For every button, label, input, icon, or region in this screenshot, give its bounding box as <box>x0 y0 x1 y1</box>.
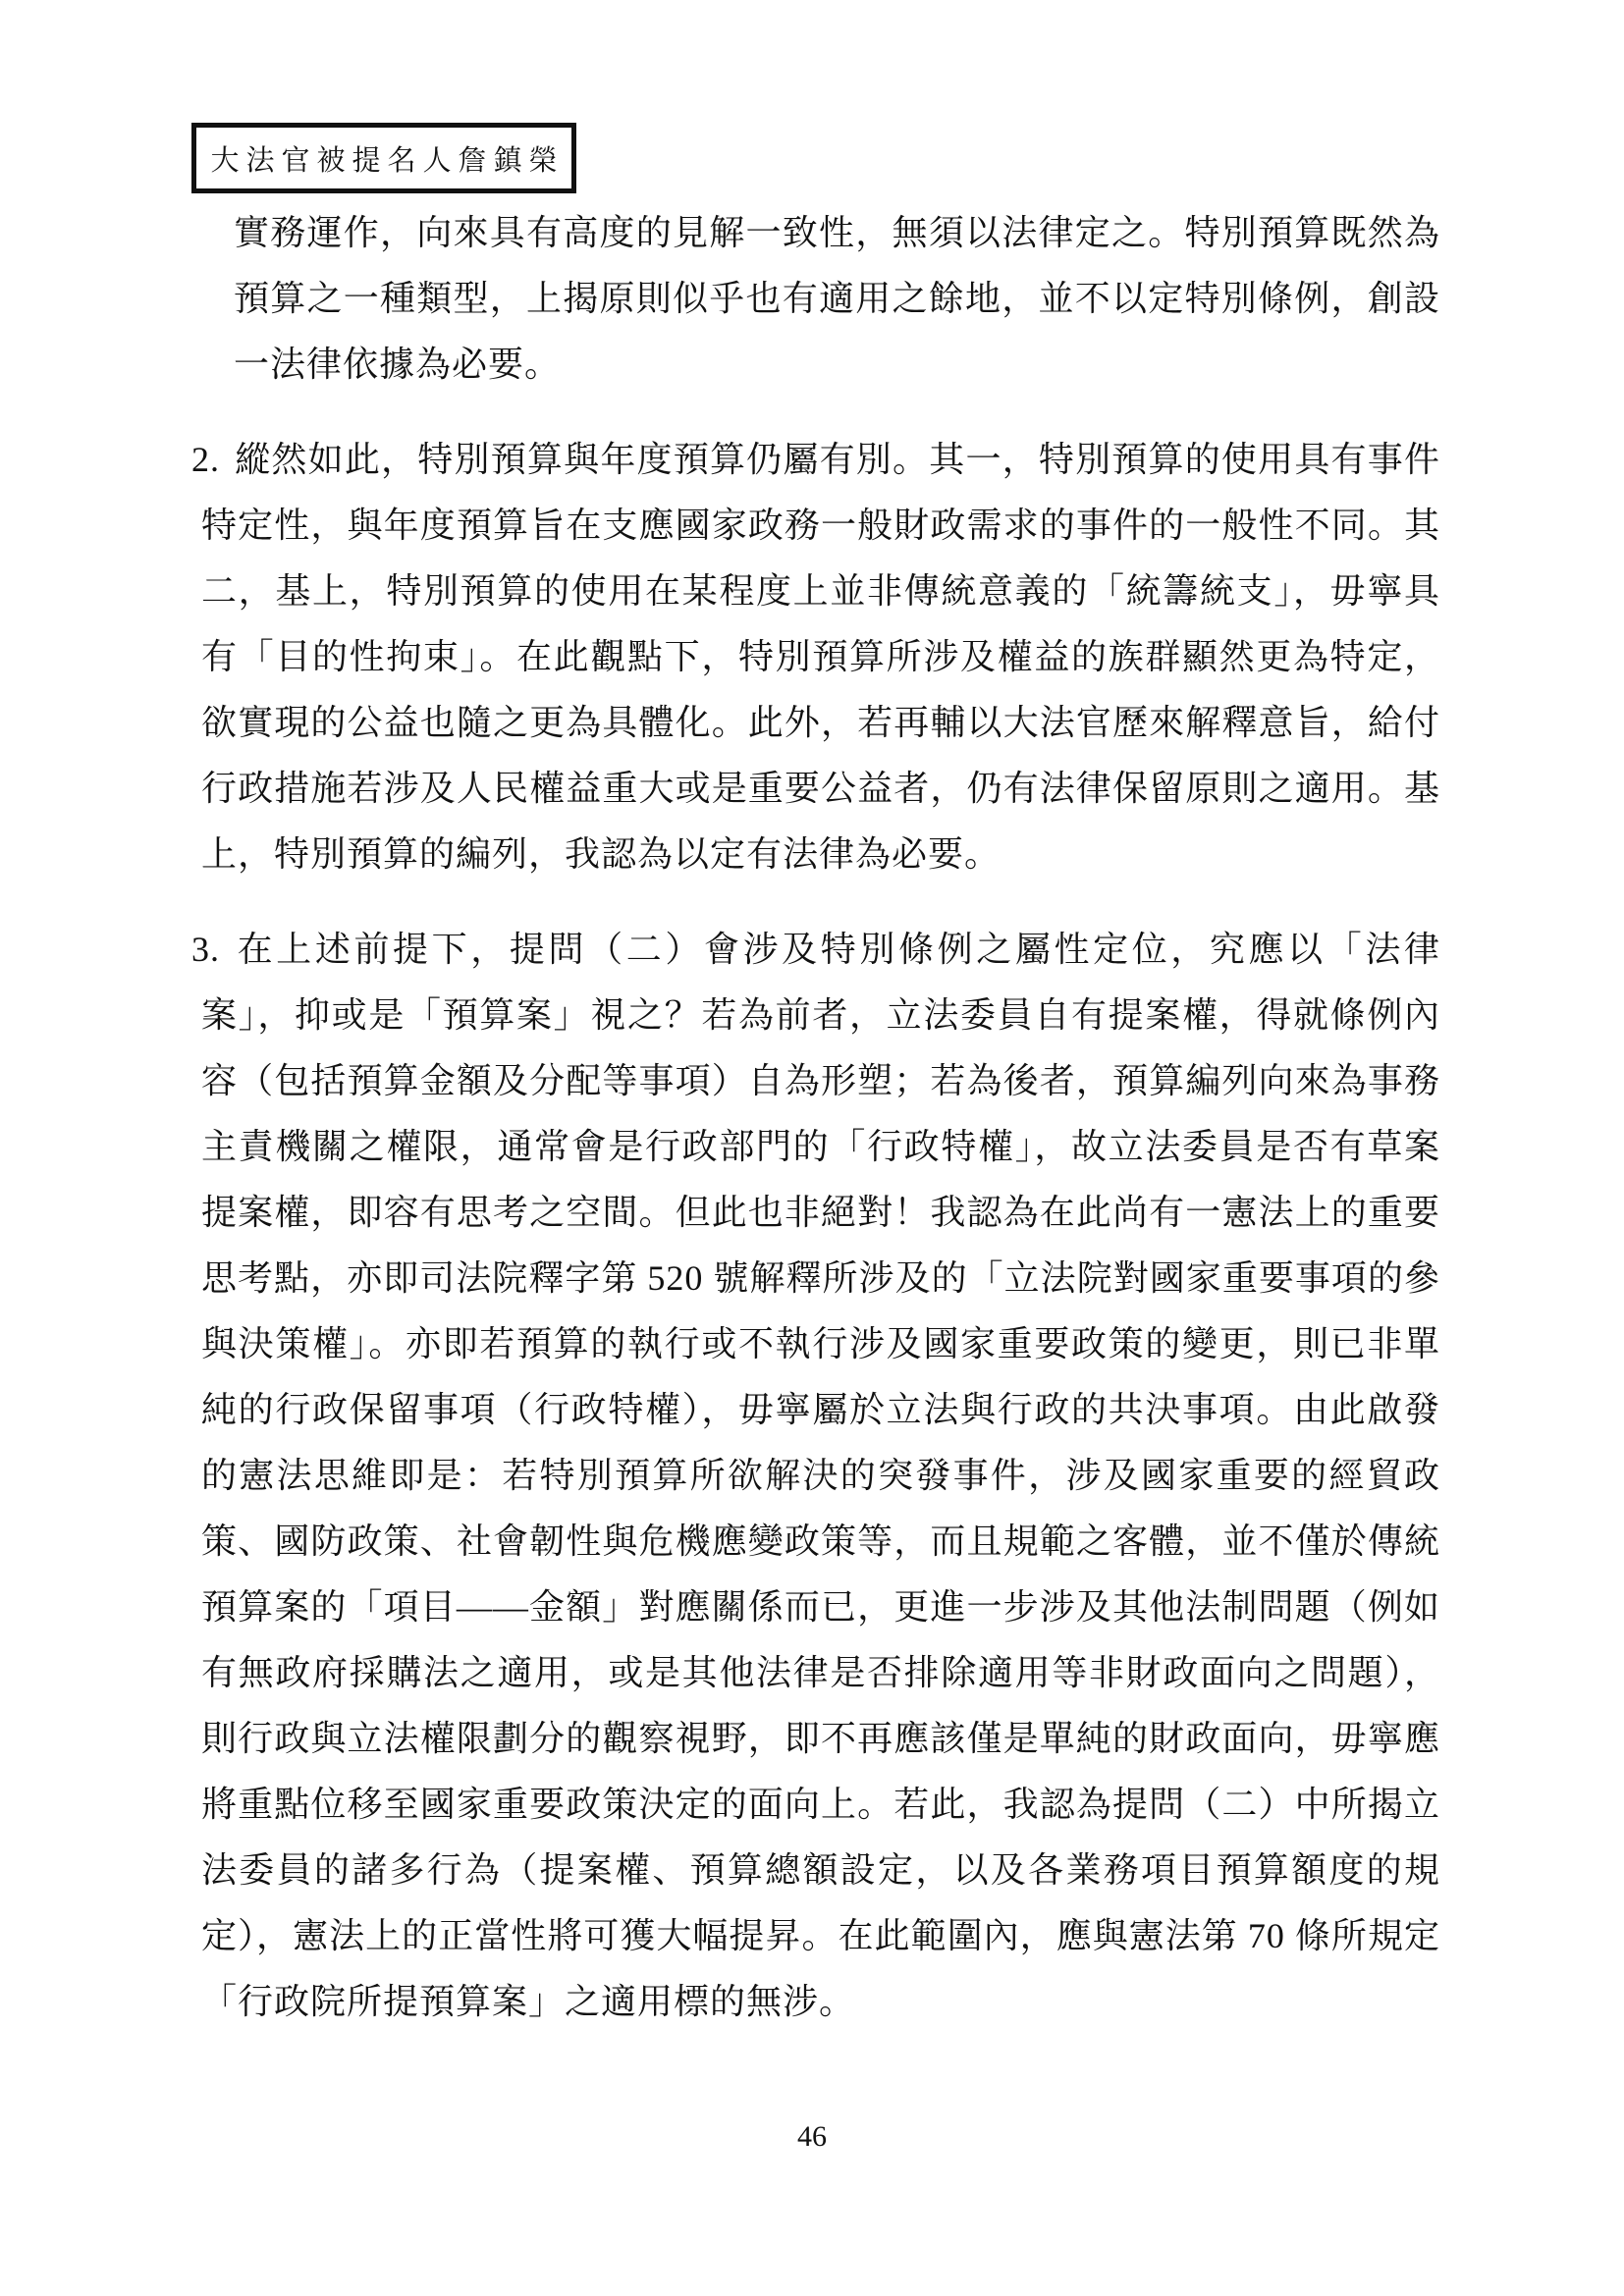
paragraph-text: 縱然如此，特別預算與年度預算仍屬有別。其一，特別預算的使用具有事件特定性，與年度… <box>201 440 1440 874</box>
paragraph-continuation: 實務運作，向來具有高度的見解一致性，無須以法律定之。特別預算既然為預算之一種類型… <box>234 200 1440 398</box>
document-page: 大法官被提名人詹鎮榮 實務運作，向來具有高度的見解一致性，無須以法律定之。特別預… <box>0 0 1624 2296</box>
document-body: 實務運作，向來具有高度的見解一致性，無須以法律定之。特別預算既然為預算之一種類型… <box>201 200 1440 2064</box>
paragraph-item-2: 2.縱然如此，特別預算與年度預算仍屬有別。其一，特別預算的使用具有事件特定性，與… <box>201 427 1440 887</box>
list-number: 2. <box>191 440 220 479</box>
header-box: 大法官被提名人詹鎮榮 <box>191 123 576 193</box>
list-number: 3. <box>191 930 220 969</box>
page-number: 46 <box>0 2120 1624 2154</box>
paragraph-text: 實務運作，向來具有高度的見解一致性，無須以法律定之。特別預算既然為預算之一種類型… <box>234 213 1440 384</box>
header-label: 大法官被提名人詹鎮榮 <box>203 138 564 179</box>
paragraph-item-3: 3.在上述前提下，提問（二）會涉及特別條例之屬性定位，究應以「法律案」，抑或是「… <box>201 917 1440 2035</box>
paragraph-text: 在上述前提下，提問（二）會涉及特別條例之屬性定位，究應以「法律案」，抑或是「預算… <box>201 930 1440 2021</box>
